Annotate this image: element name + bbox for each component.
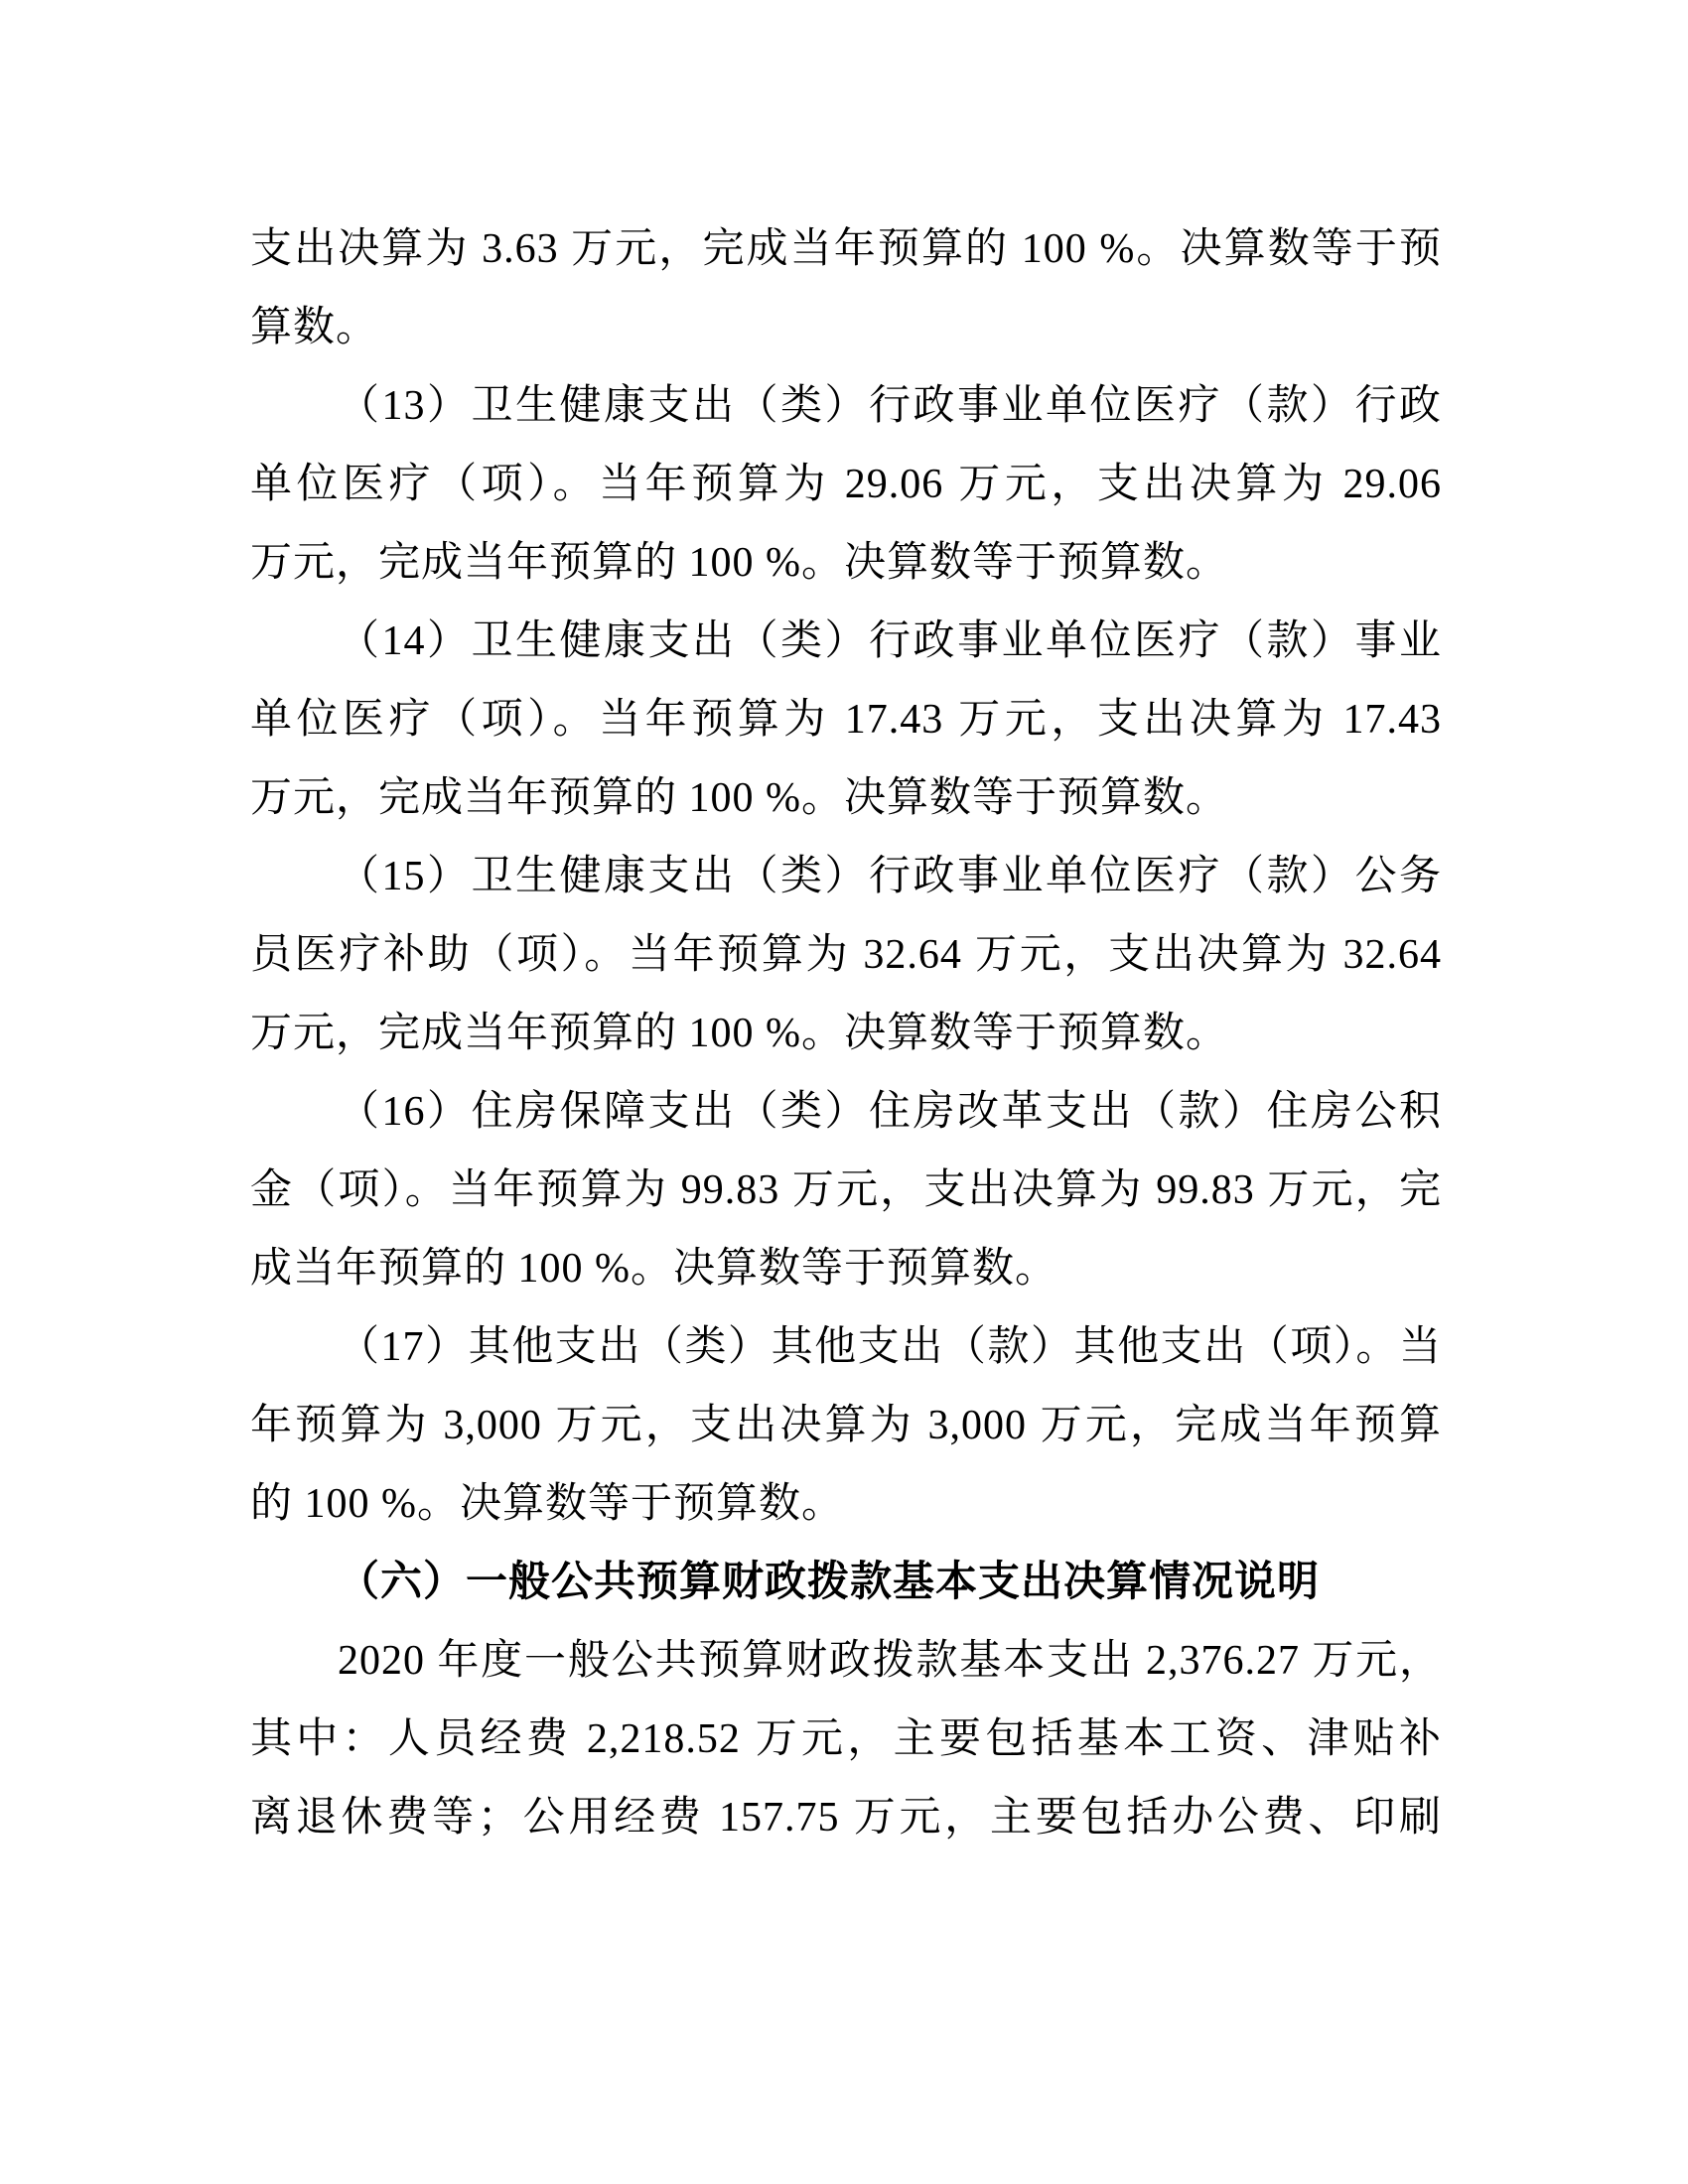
paragraph-item-17: （17）其他支出（类）其他支出（款）其他支出（项）。当 年预算为 3,000 万… <box>250 1308 1442 1544</box>
document-text-block: 支出决算为 3.63 万元，完成当年预算的 100 %。决算数等于预 算数。 （… <box>250 210 1442 1857</box>
section-heading-text: （六）一般公共预算财政拨款基本支出决算情况说明 <box>250 1544 1442 1622</box>
text-line: （15）卫生健康支出（类）行政事业单位医疗（款）公务 <box>250 838 1442 916</box>
paragraph-continuation: 支出决算为 3.63 万元，完成当年预算的 100 %。决算数等于预 算数。 <box>250 210 1442 367</box>
text-line: 其中：人员经费 2,218.52 万元，主要包括基本工资、津贴补贴、 <box>250 1701 1442 1779</box>
text-line: 单位医疗（项）。当年预算为 29.06 万元，支出决算为 29.06 <box>250 446 1442 524</box>
paragraph-item-13: （13）卫生健康支出（类）行政事业单位医疗（款）行政 单位医疗（项）。当年预算为… <box>250 367 1442 603</box>
paragraph-item-14: （14）卫生健康支出（类）行政事业单位医疗（款）事业 单位医疗（项）。当年预算为… <box>250 603 1442 838</box>
document-page: 支出决算为 3.63 万元，完成当年预算的 100 %。决算数等于预 算数。 （… <box>0 0 1688 2184</box>
text-line: （14）卫生健康支出（类）行政事业单位医疗（款）事业 <box>250 603 1442 681</box>
text-line: 的 100 %。决算数等于预算数。 <box>250 1465 1442 1544</box>
paragraph-basic-expenditure-summary: 2020 年度一般公共预算财政拨款基本支出 2,376.27 万元， 其中：人员… <box>250 1622 1442 1857</box>
text-line: 员医疗补助（项）。当年预算为 32.64 万元，支出决算为 32.64 <box>250 916 1442 995</box>
paragraph-item-16: （16）住房保障支出（类）住房改革支出（款）住房公积 金（项）。当年预算为 99… <box>250 1073 1442 1308</box>
text-line: 成当年预算的 100 %。决算数等于预算数。 <box>250 1230 1442 1308</box>
section-heading-6: （六）一般公共预算财政拨款基本支出决算情况说明 <box>250 1544 1442 1622</box>
text-line: 万元，完成当年预算的 100 %。决算数等于预算数。 <box>250 995 1442 1073</box>
text-line: 单位医疗（项）。当年预算为 17.43 万元，支出决算为 17.43 <box>250 681 1442 759</box>
text-line: 2020 年度一般公共预算财政拨款基本支出 2,376.27 万元， <box>250 1622 1442 1701</box>
text-line: 算数。 <box>250 289 1442 367</box>
text-line: 年预算为 3,000 万元，支出决算为 3,000 万元，完成当年预算 <box>250 1387 1442 1465</box>
text-line: （13）卫生健康支出（类）行政事业单位医疗（款）行政 <box>250 367 1442 446</box>
paragraph-item-15: （15）卫生健康支出（类）行政事业单位医疗（款）公务 员医疗补助（项）。当年预算… <box>250 838 1442 1073</box>
text-line: 金（项）。当年预算为 99.83 万元，支出决算为 99.83 万元，完 <box>250 1152 1442 1230</box>
text-line: （17）其他支出（类）其他支出（款）其他支出（项）。当 <box>250 1308 1442 1387</box>
text-line: 离退休费等；公用经费 157.75 万元，主要包括办公费、印刷费、 <box>250 1779 1442 1857</box>
text-line: 支出决算为 3.63 万元，完成当年预算的 100 %。决算数等于预 <box>250 210 1442 289</box>
text-line: 万元，完成当年预算的 100 %。决算数等于预算数。 <box>250 524 1442 603</box>
text-line: （16）住房保障支出（类）住房改革支出（款）住房公积 <box>250 1073 1442 1152</box>
text-line: 万元，完成当年预算的 100 %。决算数等于预算数。 <box>250 759 1442 838</box>
